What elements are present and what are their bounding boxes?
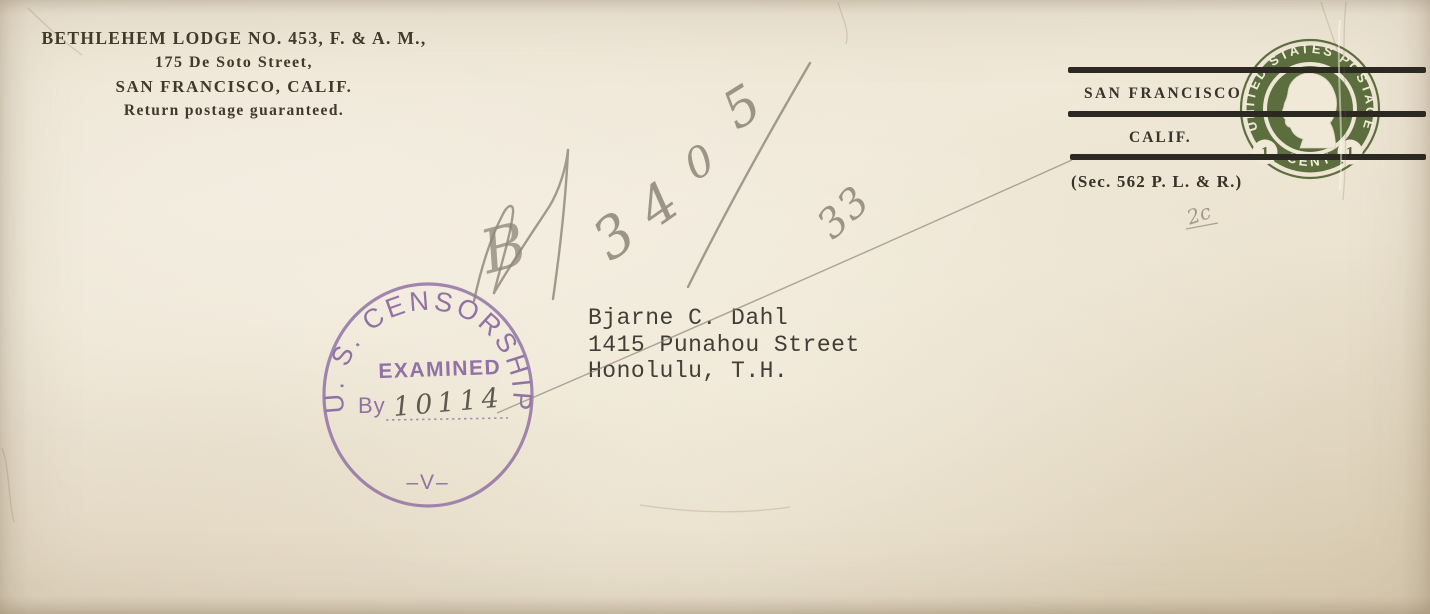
censor-stamp: U. S. CENSORSHIP EXAMINED By 10114 –V–	[310, 275, 546, 515]
return-address: BETHLEHEM LODGE NO. 453, F. & A. M., 175…	[33, 28, 435, 120]
censor-examined-text: EXAMINED	[378, 356, 502, 383]
recipient-street: 1415 Punahou Street	[588, 332, 860, 359]
precancel-bar-middle	[1068, 111, 1426, 117]
envelope-scan: BETHLEHEM LODGE NO. 453, F. & A. M., 175…	[0, 0, 1430, 614]
return-address-note: Return postage guaranteed.	[33, 102, 435, 120]
pencil-number-digit: 5	[712, 73, 772, 141]
pencil-number-digit: 4	[625, 169, 690, 241]
precancel-city: SAN FRANCISCO	[1084, 85, 1242, 103]
precancel-state: CALIF.	[1129, 129, 1192, 147]
pencil-paraph-flourish	[474, 63, 810, 301]
return-address-street: 175 De Soto Street,	[33, 54, 435, 72]
censor-variant-mark: –V–	[406, 471, 449, 494]
pencil-rate-underline	[1186, 223, 1218, 229]
precancel-bar-top	[1068, 67, 1426, 73]
recipient-city: Honolulu, T.H.	[588, 358, 860, 385]
pencil-rate-note: 2c	[1183, 199, 1214, 230]
recipient-address: Bjarne C. Dahl 1415 Punahou Street Honol…	[588, 305, 860, 385]
pencil-fraction-slash	[688, 63, 810, 287]
pencil-denominator: 33	[808, 177, 880, 248]
censor-by-label: By	[358, 393, 386, 418]
return-address-city: SAN FRANCISCO, CALIF.	[33, 77, 435, 97]
pencil-number-digit: 3	[581, 200, 647, 274]
return-address-name: BETHLEHEM LODGE NO. 453, F. & A. M.,	[33, 28, 435, 49]
postage-stamp: UNITED STATES POSTAGE CENT 1 1	[1237, 36, 1383, 182]
censor-examiner-number: 10114	[392, 382, 505, 423]
recipient-name: Bjarne C. Dahl	[588, 305, 860, 332]
precancel-bar-bottom	[1070, 154, 1426, 160]
pencil-number-digit: 0	[676, 134, 723, 190]
precancel-section: (Sec. 562 P. L. & R.)	[1071, 172, 1242, 192]
